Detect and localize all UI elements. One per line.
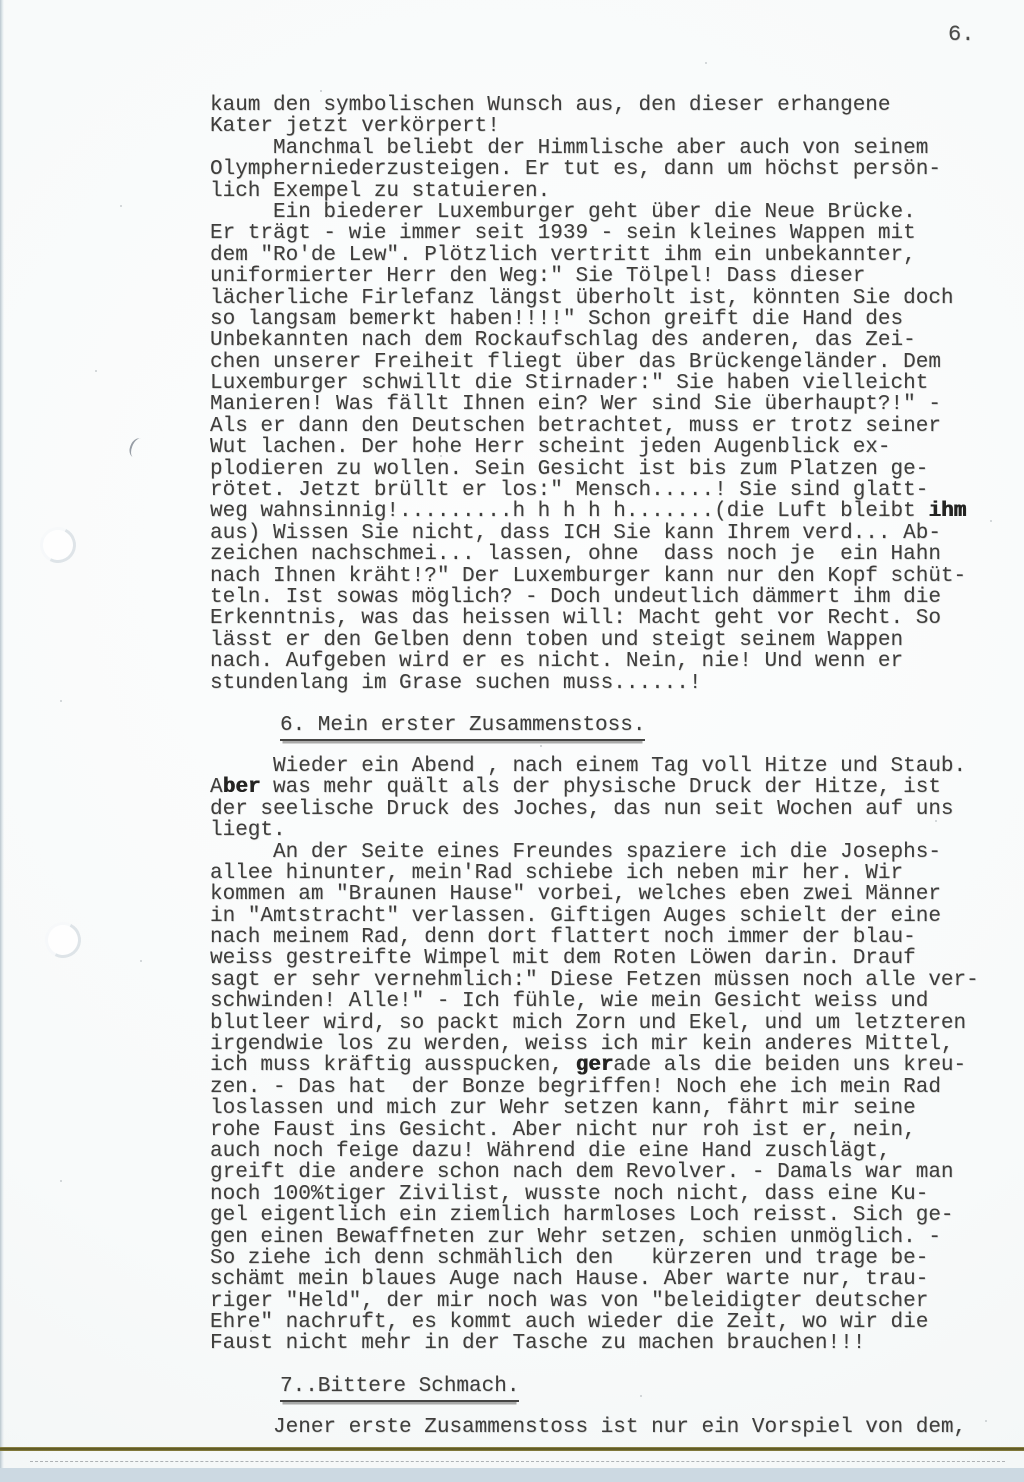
text-line: Kater jetzt verkörpert! <box>210 116 1000 137</box>
text-line: riger "Held", der mir noch was von "bele… <box>210 1291 1000 1312</box>
paragraph: Wieder ein Abend , nach einem Tag voll H… <box>210 756 1000 842</box>
text-line: rohe Faust ins Gesicht. Aber nicht nur r… <box>210 1120 1000 1141</box>
text-line: Erkenntnis, was das heissen will: Macht … <box>210 608 1000 629</box>
text-line: loslassen und mich zur Wehr setzen kann,… <box>210 1098 1000 1119</box>
text-line: Wut lachen. Der hohe Herr scheint jeden … <box>210 437 1000 458</box>
text-line: weg wahnsinnig!.........h h h h h.......… <box>210 501 1000 522</box>
text-line: lächerliche Firlefanz längst überholt is… <box>210 288 1000 309</box>
text-line: aus) Wissen Sie nicht, dass ICH Sie kann… <box>210 523 1000 544</box>
text-line: so langsam bemerkt haben!!!!" Schon grei… <box>210 309 1000 330</box>
footer-scan-band <box>0 1468 1024 1482</box>
text-line: schämt mein blaues Auge nach Hause. Aber… <box>210 1269 1000 1290</box>
text-line: Unbekannten nach dem Rockaufschlag des a… <box>210 330 1000 351</box>
text-line: Als er dann den Deutschen betrachtet, mu… <box>210 416 1000 437</box>
pen-mark <box>127 436 147 460</box>
scanned-page: 6. kaum den symbolischen Wunsch aus, den… <box>0 0 1024 1482</box>
paragraph: An der Seite eines Freundes spaziere ich… <box>210 842 1000 1355</box>
text-line: An der Seite eines Freundes spaziere ich… <box>210 842 1000 863</box>
text-line: blutleer wird, so packt mich Zorn und Ek… <box>210 1013 1000 1034</box>
text-line: ich muss kräftig ausspucken, gerade als … <box>210 1055 1000 1076</box>
hole-punch-bottom <box>40 917 85 962</box>
paragraph: Ein biederer Luxemburger geht über die N… <box>210 202 1000 694</box>
paragraph: kaum den symbolischen Wunsch aus, den di… <box>210 95 1000 138</box>
text-line: So ziehe ich denn schmählich den kürzere… <box>210 1248 1000 1269</box>
text-line: der seelische Druck des Joches, das nun … <box>210 799 1000 820</box>
text-line: nach Ihnen kräht!?" Der Luxemburger kann… <box>210 566 1000 587</box>
text-line: Olympherniederzusteigen. Er tut es, dann… <box>210 159 1000 180</box>
text-line: liegt. <box>210 820 1000 841</box>
text-line: rötet. Jetzt brüllt er los:" Mensch.....… <box>210 480 1000 501</box>
text-line: chen unserer Freiheit fliegt über das Br… <box>210 352 1000 373</box>
scan-edge-left <box>0 0 4 1482</box>
text-line: gel eigentlich ein ziemlich harmloses Lo… <box>210 1205 1000 1226</box>
text-line: Ehre" nachruft, es kommt auch wieder die… <box>210 1312 1000 1333</box>
text-line: kaum den symbolischen Wunsch aus, den di… <box>210 95 1000 116</box>
text-line: schwinden! Alle!" - Ich fühle, wie mein … <box>210 991 1000 1012</box>
text-line: zeichen nachschmei... lassen, ohne dass … <box>210 544 1000 565</box>
text-line: allee hinunter, mein'Rad schiebe ich neb… <box>210 863 1000 884</box>
footer-rule <box>0 1447 1024 1451</box>
text-line: Faust nicht mehr in der Tasche zu machen… <box>210 1333 1000 1354</box>
page-number: 6. <box>948 22 974 47</box>
text-line: kommen am "Braunen Hause" vorbei, welche… <box>210 884 1000 905</box>
text-line: Wieder ein Abend , nach einem Tag voll H… <box>210 756 1000 777</box>
section-heading: 7..Bittere Schmach. <box>280 1375 1000 1399</box>
text-line: dem "Ro'de Lew". Plötzlich vertritt ihm … <box>210 245 1000 266</box>
text-line: lich Exempel zu statuieren. <box>210 181 1000 202</box>
paragraph: Jener erste Zusammenstoss ist nur ein Vo… <box>210 1417 1000 1438</box>
text-line: zen. - Das hat der Bonze begriffen! Noch… <box>210 1077 1000 1098</box>
text-line: Manchmal beliebt der Himmlische aber auc… <box>210 138 1000 159</box>
text-line: sagt er sehr vernehmlich:" Diese Fetzen … <box>210 970 1000 991</box>
text-line: nach. Aufgeben wird er es nicht. Nein, n… <box>210 651 1000 672</box>
text-line: greift die andere schon nach dem Revolve… <box>210 1162 1000 1183</box>
noise-speckles <box>0 0 2 2</box>
text-body: kaum den symbolischen Wunsch aus, den di… <box>210 95 1000 1438</box>
text-line: Jener erste Zusammenstoss ist nur ein Vo… <box>210 1417 1000 1438</box>
text-line: noch 100%tiger Zivilist, wusste noch nic… <box>210 1184 1000 1205</box>
text-line: weiss gestreifte Wimpel mit dem Roten Lö… <box>210 948 1000 969</box>
text-line: Ein biederer Luxemburger geht über die N… <box>210 202 1000 223</box>
hole-punch-top <box>35 522 80 567</box>
text-line: Er trägt - wie immer seit 1939 - sein kl… <box>210 223 1000 244</box>
text-line: Luxemburger schwillt die Stirnader:" Sie… <box>210 373 1000 394</box>
text-line: nach meinem Rad, denn dort flattert noch… <box>210 927 1000 948</box>
text-line: gen einen Bewaffneten zur Wehr setzen, s… <box>210 1227 1000 1248</box>
text-line: teln. Ist sowas möglich? - Doch undeutli… <box>210 587 1000 608</box>
text-line: irgendwie los zu werden, weiss ich mir k… <box>210 1034 1000 1055</box>
footer-dashed-line <box>30 1461 1005 1462</box>
section-heading: 6. Mein erster Zusammenstoss. <box>280 714 1000 738</box>
text-line: auch noch feige dazu! Während die eine H… <box>210 1141 1000 1162</box>
text-line: in "Amtstracht" verlassen. Giftigen Auge… <box>210 906 1000 927</box>
text-line: uniformierter Herr den Weg:" Sie Tölpel!… <box>210 266 1000 287</box>
text-line: plodieren zu wollen. Sein Gesicht ist bi… <box>210 459 1000 480</box>
text-line: Manieren! Was fällt Ihnen ein? Wer sind … <box>210 394 1000 415</box>
text-line: lässt er den Gelben denn toben und steig… <box>210 630 1000 651</box>
text-line: stundenlang im Grase suchen muss......! <box>210 673 1000 694</box>
text-line: Aber was mehr quält als der physische Dr… <box>210 777 1000 798</box>
paragraph: Manchmal beliebt der Himmlische aber auc… <box>210 138 1000 202</box>
